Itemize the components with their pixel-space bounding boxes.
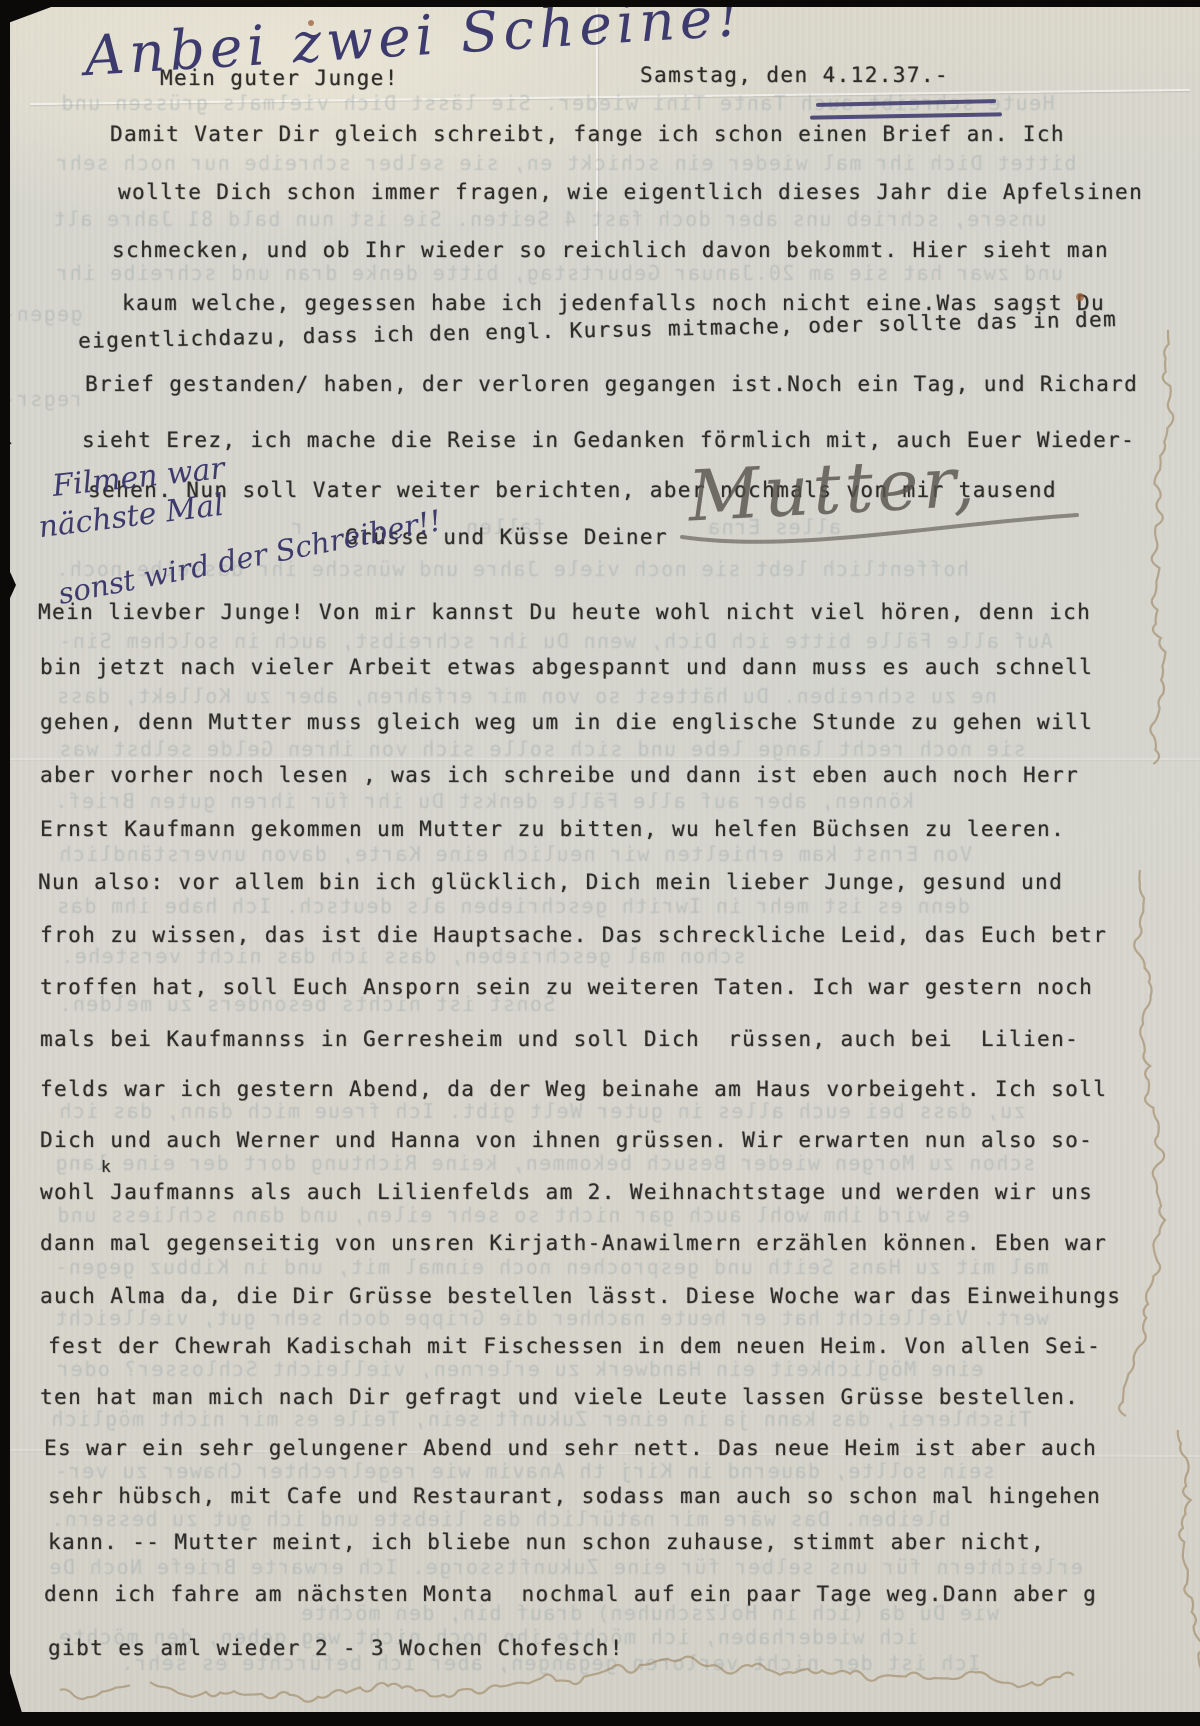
ghost-line: mal mit zu Hans Seith und gesprochen noc… (54, 1256, 1049, 1279)
typed-line: mals bei Kaufmannss in Gerresheim und so… (40, 1027, 1079, 1051)
ghost-line: können, aber auf alle Fälle denkst Du ih… (54, 790, 914, 813)
ghost-line: unsere, schrieb uns aber doch fast 4 Sei… (52, 208, 1047, 231)
sepia-scribble (1158, 1430, 1198, 1660)
typed-line: Ernst Kaufmann gekommen um Mutter zu bit… (40, 817, 1065, 841)
ghost-line: ne zu schreiben. Du hättest so von mir e… (56, 685, 997, 708)
ghost-line: denn es ist mehr in Iwrith geschrieben a… (56, 895, 970, 918)
signature-flourish (672, 495, 1092, 555)
ghost-line: sein sollte, dauernd in Kirj th Anavim w… (54, 1460, 995, 1483)
ghost-line: erleichtern für uns selber für eine Zuku… (48, 1556, 1083, 1579)
typed-line: Mein lievber Junge! Von mir kannst Du he… (38, 600, 1091, 624)
sepia-scribble (1120, 870, 1160, 1410)
ghost-line: gegen- (2, 303, 83, 326)
typed-line: wollte Dich schon immer fragen, wie eige… (118, 180, 1143, 204)
typed-line: Samstag, den 4.12.37.- (640, 63, 949, 87)
superscript-k: k (101, 1158, 112, 1176)
typed-line: gehen, denn Mutter muss gleich weg um in… (40, 710, 1093, 734)
typed-line: auch Alma da, die Dir Grüsse bestellen l… (40, 1284, 1121, 1308)
ghost-line: zu, dass bei euch alles in guter Welt gi… (58, 1100, 1026, 1123)
sepia-scribble (150, 1662, 1070, 1702)
ghost-line: wert. Vielleicht hat er heute nachher di… (54, 1307, 1049, 1330)
sepia-scribble (1148, 330, 1188, 760)
typed-line: kann. -- Mutter meint, ich bliebe nun sc… (48, 1530, 1045, 1554)
typed-line: troffen hat, soll Euch Ansporn sein zu w… (40, 975, 1093, 999)
sepia-scribble (60, 1670, 130, 1710)
ghost-line: bleiben. Das wäre mir natürlich das lieb… (50, 1508, 951, 1531)
typed-line: Es war ein sehr gelungener Abend und seh… (44, 1436, 1097, 1460)
ghost-line: schon zu Morgen wieder Besuch bekommen, … (54, 1152, 1035, 1175)
typed-line: sehr hübsch, mit Cafe und Restaurant, so… (48, 1484, 1101, 1508)
typed-line: wohl Jaufmanns als auch Lilienfelds am 2… (40, 1180, 1093, 1204)
typed-line: aber vorher noch lesen , was ich schreib… (40, 763, 1079, 787)
rust-speck (308, 20, 314, 26)
typed-line: gibt es aml wieder 2 - 3 Wochen Chofesch… (48, 1636, 624, 1660)
ghost-line: Auf alle Fälle bitte ich Dich, wenn Du i… (58, 630, 1053, 653)
ghost-line: bittet Dich ihr mal wieder ein schickt e… (55, 152, 1077, 175)
ghost-line: es wird ihm wohl auch gar nicht so sehr … (56, 1204, 970, 1227)
typed-line: Dich und auch Werner und Hanna von ihnen… (40, 1128, 1093, 1152)
ghost-line: und zwar hat sie am 20.Januar Geburtstag… (55, 262, 1063, 285)
scan-edge-top (0, 0, 1200, 7)
typed-line: dann mal gegenseitig von unsren Kirjath-… (40, 1231, 1107, 1255)
ghost-line: Von Ernst kam erhielten wir neulich eine… (58, 843, 972, 866)
ghost-line: schon mal geschrieben, dass ich das nich… (60, 945, 746, 968)
typed-line: bin jetzt nach vieler Arbeit etwas abges… (40, 655, 1093, 679)
scan-edge-left (0, 0, 10, 1726)
typed-line: fest der Chewrah Kadischah mit Fischesse… (48, 1334, 1101, 1358)
ghost-line: regsr- (2, 388, 83, 411)
typed-line: schmecken, und ob Ihr wieder so reichlic… (112, 238, 1109, 262)
typed-line: Damit Vater Dir gleich schreibt, fange i… (110, 122, 1065, 146)
typed-line: felds war ich gestern Abend, da der Weg … (40, 1077, 1107, 1101)
ghost-line: sie noch recht lange lebe und sich solle… (58, 738, 1026, 761)
typed-line: Nun also: vor allem bin ich glücklich, D… (38, 870, 1063, 894)
typed-line: ten hat man mich nach Dir gefragt und vi… (40, 1385, 1079, 1409)
typed-line: sieht Erez, ich mache die Reise in Gedan… (82, 428, 1135, 452)
ghost-line: Tischlerei, das kann ja in einer Zukunft… (50, 1408, 1031, 1431)
scanned-letter: Heute schreibt auch Tante Tini wieder. S… (0, 0, 1200, 1726)
ghost-line: eine Möglichkeit ein Handwerk zu erlerne… (56, 1358, 983, 1381)
typed-line: denn ich fahre am nächsten Monta nochmal… (44, 1582, 1097, 1606)
typed-line: Brief gestanden∕ haben, der verloren geg… (85, 372, 1138, 396)
rust-speck (1076, 293, 1084, 301)
typed-line: froh zu wissen, das ist die Hauptsache. … (40, 923, 1107, 947)
scan-edge-bottom (0, 1712, 1200, 1726)
